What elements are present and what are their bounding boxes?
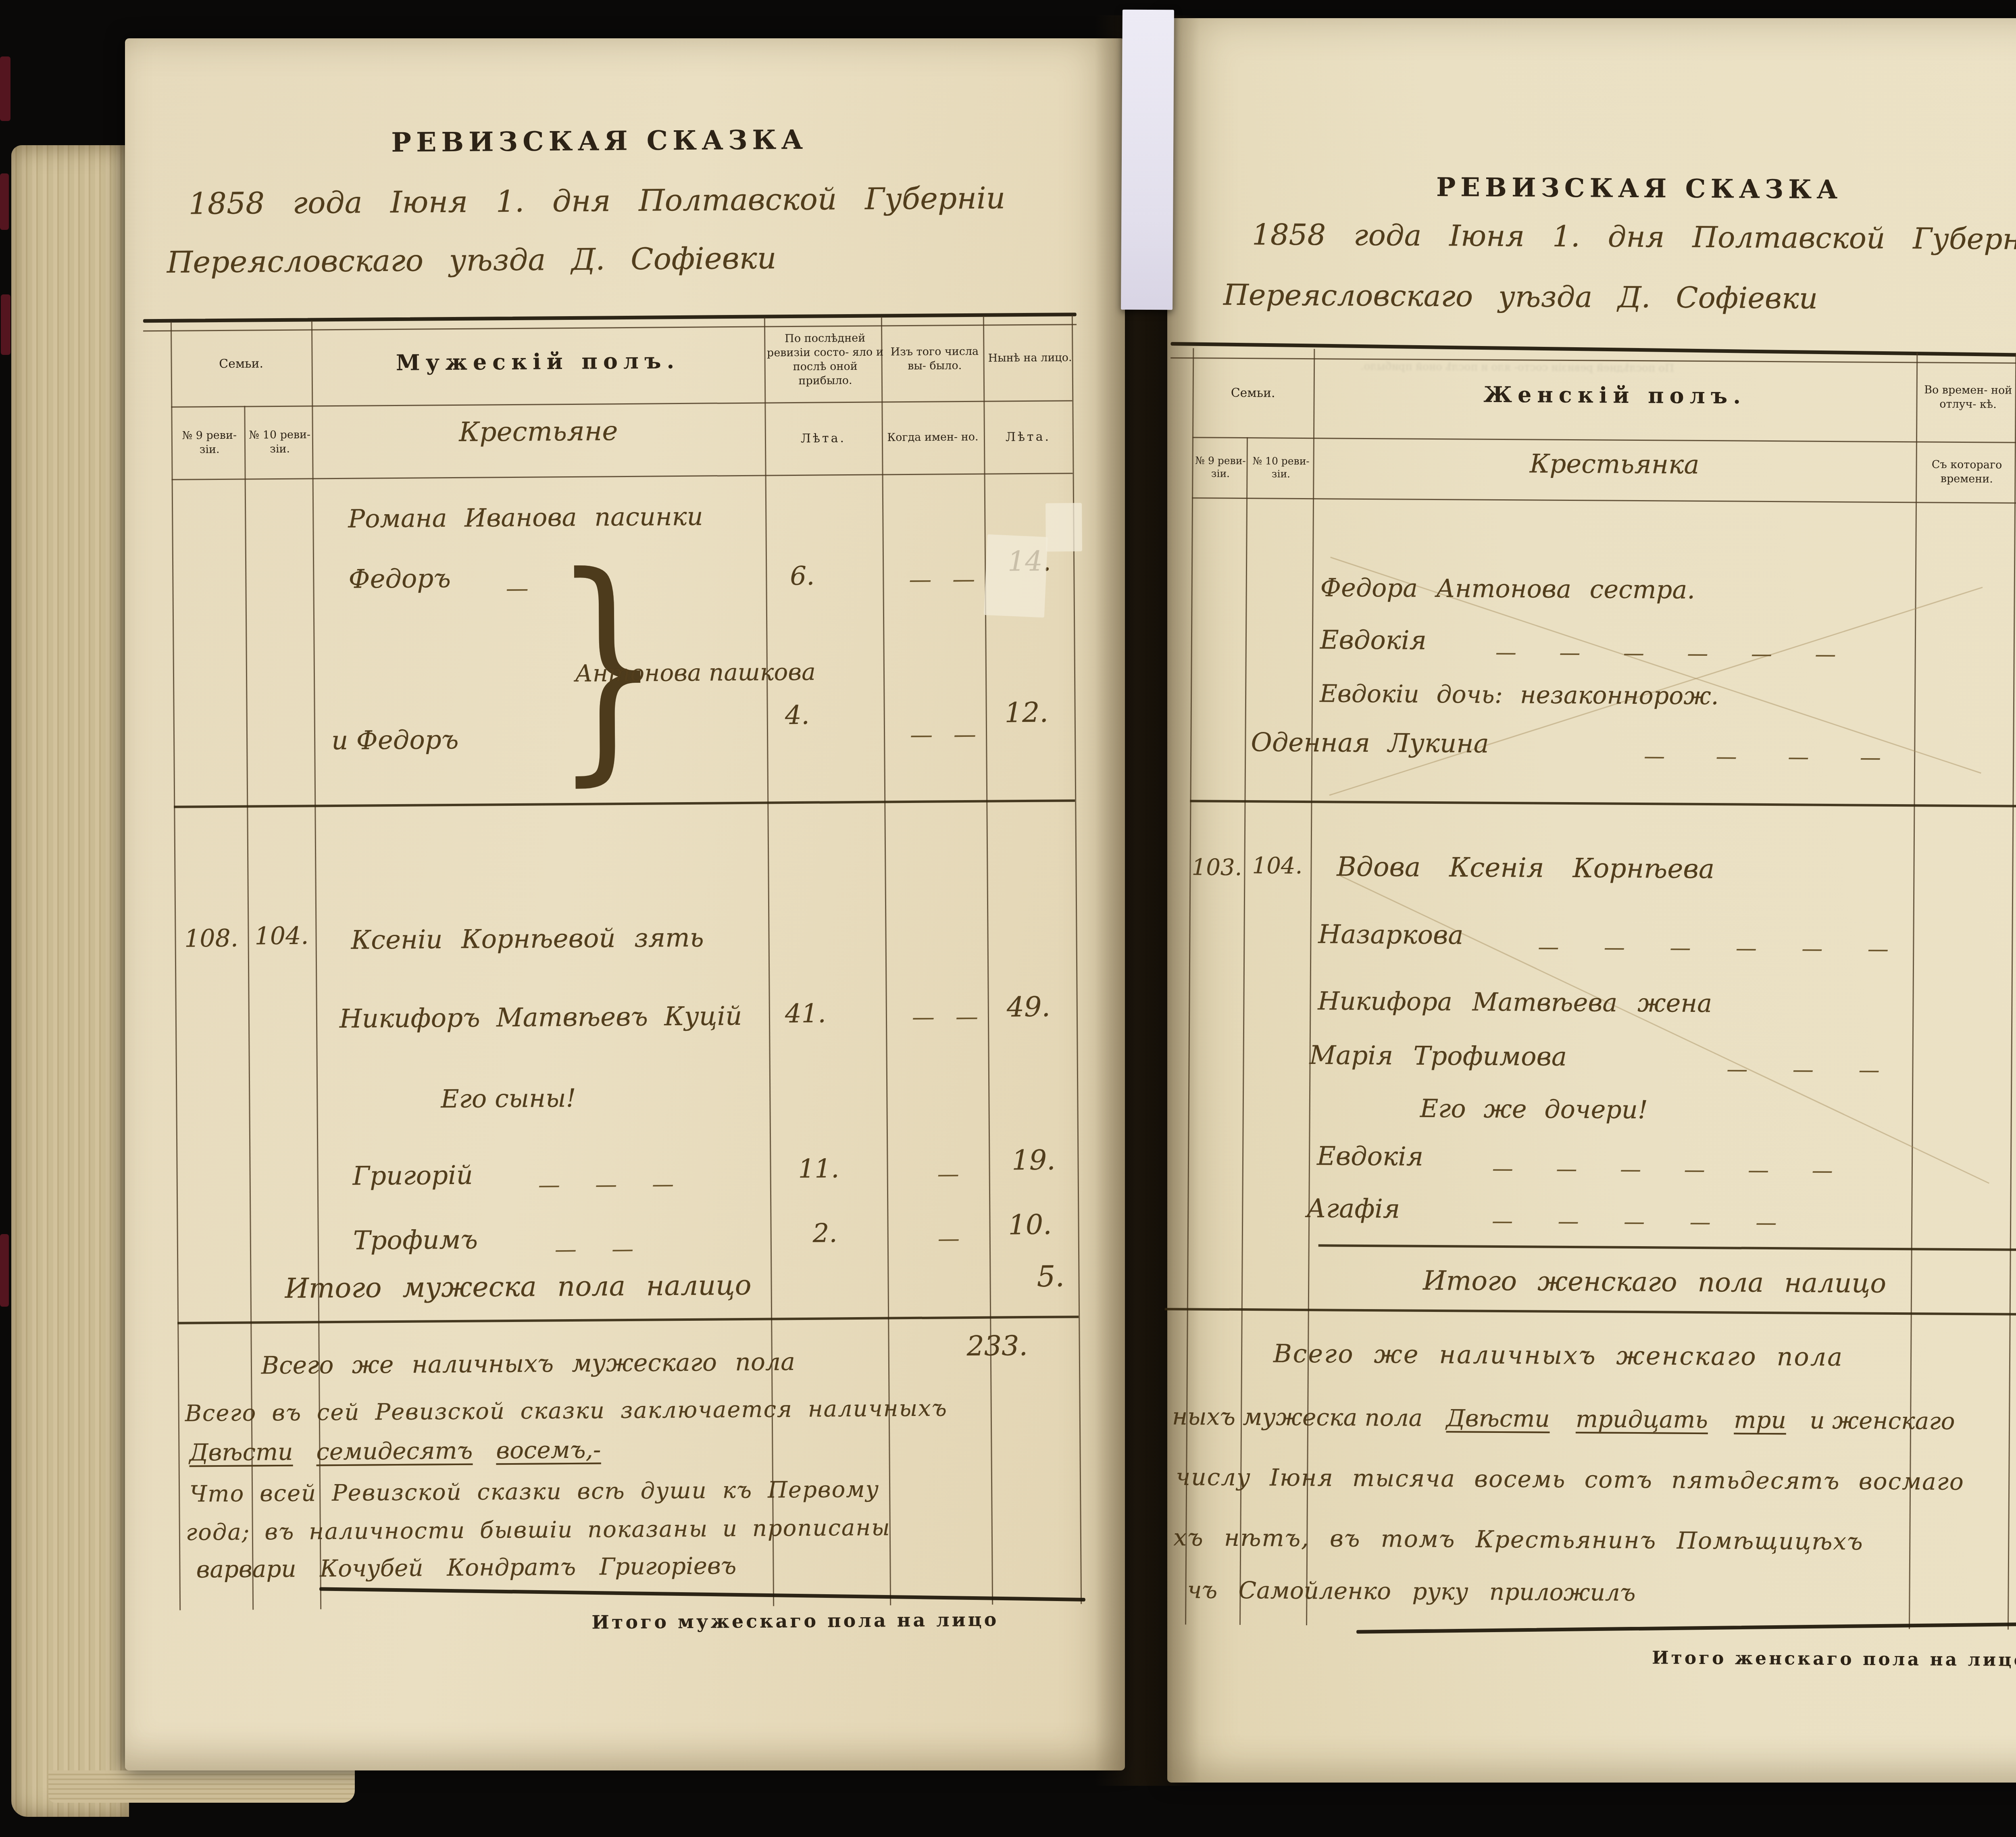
- person-name: Никифоръ Матвѣевъ Куцій: [339, 1001, 742, 1034]
- rule: [983, 316, 993, 1605]
- col-header-rev10: № 10 реви- зіи.: [1246, 437, 1316, 498]
- book-scan: РЕВИЗСКАЯ СКАЗКА 1858 года Іюня 1. дня П…: [0, 0, 2016, 1837]
- cover-edge-mark: [0, 56, 10, 121]
- age-prev: 11.: [798, 1154, 839, 1184]
- attestation-line: Всего въ сей Ревизской сказки заключаетс…: [185, 1395, 948, 1426]
- family-no-rev10: 104.: [248, 922, 315, 950]
- underlined-word: восемъ,-: [496, 1436, 601, 1464]
- person-name: Григорій: [352, 1161, 473, 1191]
- person-name: Оденная Лукина: [1251, 728, 1489, 759]
- dash: — — — — —: [1492, 1209, 1776, 1235]
- right-place-line: Переясловскаго уѣзда Д. Софіевки: [1223, 278, 1818, 315]
- rule: [1192, 497, 2016, 504]
- attestation-line: числу Іюня тысяча восемь сотъ пятьдесятъ…: [1176, 1463, 1964, 1495]
- right-page: РЕВИЗСКАЯ СКАЗКА 1858 года Іюня 1. дня П…: [1167, 18, 2016, 1783]
- rule: [171, 322, 181, 1610]
- left-page-footer: Итого мужескаго пола на лицо: [493, 1608, 1098, 1634]
- age-prev: 4.: [785, 701, 810, 730]
- attestation-fragment: ныхъ мужеска пола: [1172, 1403, 1423, 1432]
- col-subheader-years-now: Лѣта.: [983, 400, 1073, 473]
- left-page: РЕВИЗСКАЯ СКАЗКА 1858 года Іюня 1. дня П…: [125, 38, 1125, 1770]
- cover-edge-mark: [0, 173, 9, 230]
- attestation-signature: чъ Самойленко руку приложилъ: [1187, 1576, 1635, 1606]
- dash: — —: [910, 721, 976, 748]
- left-page-title: РЕВИЗСКАЯ СКАЗКА: [120, 122, 1079, 160]
- person-name: Федоръ: [348, 564, 451, 594]
- rule: [1239, 437, 1248, 1625]
- col-subheader-when: Когда имен- но.: [881, 401, 984, 474]
- person-name: Марія Трофимова: [1309, 1040, 1567, 1072]
- age-now: 19.: [1012, 1145, 1056, 1177]
- col-header-departed: Изъ того числа вы- было.: [881, 316, 988, 402]
- person-name: Агафія: [1306, 1194, 1400, 1224]
- sons-heading: Его сыны!: [441, 1083, 576, 1113]
- right-page-footer: Итого женскаго пола на лицо: [1586, 1647, 2016, 1671]
- col-subheader-years: Лѣта.: [764, 402, 882, 475]
- family-head-note: Ксеніи Корнѣевой зять: [351, 923, 704, 955]
- rule: [244, 406, 254, 1610]
- age-prev: 6.: [790, 561, 815, 591]
- rule-total-separator: [177, 1316, 1079, 1324]
- grand-total-label: Всего же наличныхъ мужескаго пола: [261, 1348, 795, 1380]
- family-head-note: Евдокіи дочь: незаконнорож.: [1320, 680, 1719, 710]
- page-edge-stack-left: [11, 145, 129, 1817]
- dash: —: [506, 575, 528, 602]
- age-now: 12.: [1004, 697, 1048, 729]
- right-page-content: РЕВИЗСКАЯ СКАЗКА 1858 года Іюня 1. дня П…: [1162, 15, 2016, 1785]
- attestation-line: года; въ наличности бывшіи показаны и пр…: [186, 1514, 891, 1545]
- age-prev: 41.: [785, 999, 826, 1029]
- grand-total-label: Всего же наличныхъ женскаго пола: [1273, 1339, 1844, 1372]
- underlined-word: Двѣсти: [1446, 1404, 1550, 1432]
- family-head-note: Никифора Матвѣева жена: [1318, 986, 1712, 1018]
- underlined-word: три: [1734, 1406, 1786, 1434]
- dash: — — —: [1727, 1057, 1879, 1082]
- col-header-rev9: № 9 реви- зіи.: [171, 406, 248, 479]
- family-no-rev9: 108.: [175, 924, 248, 953]
- dash: — —: [909, 566, 975, 593]
- right-page-title: РЕВИЗСКАЯ СКАЗКА: [1172, 171, 2016, 206]
- age-now: 10.: [1008, 1209, 1052, 1241]
- attestation-line: хъ нѣтъ, въ томъ Крестьянинъ Помѣщицѣхъ: [1173, 1524, 1864, 1555]
- subtotal-label: Итого женскаго пола налицо: [1423, 1265, 1886, 1299]
- right-date-line: 1858 года Іюня 1. дня Полтавской Губерні…: [1252, 217, 2016, 256]
- attestation-signature: варвари Кочубей Кондратъ Григоріевъ: [196, 1552, 736, 1583]
- left-place-line: Переясловскаго уѣзда Д. Софіевки: [167, 241, 777, 280]
- age-now: 49.: [1007, 991, 1051, 1024]
- person-name: Евдокія: [1320, 625, 1427, 656]
- person-name: Назаркова: [1318, 920, 1464, 950]
- family-head-note: Вдова Ксенія Корнѣева: [1337, 851, 1714, 884]
- daughters-heading: Его же дочери!: [1420, 1094, 1648, 1124]
- cover-edge-mark: [1, 294, 10, 355]
- age-prev: 2.: [812, 1218, 837, 1248]
- attestation-line-underlined: ныхъ мужеска пола Двѣсти тридцать три и …: [1172, 1403, 1955, 1435]
- estate-heading: Крестьяне: [312, 415, 765, 449]
- cover-edge-mark: [0, 1234, 9, 1307]
- subtotal-value: 5.: [1037, 1259, 1064, 1293]
- col-header-rev10: № 10 реви- зіи.: [244, 405, 315, 478]
- dash: — —: [912, 1004, 978, 1030]
- underlined-word: тридцать: [1576, 1405, 1708, 1433]
- tape-patch: [1045, 503, 1082, 552]
- left-page-content: РЕВИЗСКАЯ СКАЗКА 1858 года Іюня 1. дня П…: [119, 35, 1131, 1774]
- person-name: Евдокія: [1317, 1141, 1424, 1172]
- rule-family-separator: [1190, 800, 2016, 808]
- col-header-female-sex: Женскій полъ.: [1313, 349, 1916, 441]
- rule: [2008, 353, 2016, 1630]
- dash: — — —: [538, 1171, 674, 1197]
- page-edge-stack-bottom: [48, 1770, 355, 1803]
- col-header-male-sex: Мужескій полъ.: [311, 318, 764, 406]
- estate-heading: Крестьянка: [1313, 448, 1916, 481]
- family-head-note: Федора Антонова сестра.: [1320, 573, 1695, 605]
- brace-note: Антонова пашкова: [575, 658, 816, 687]
- col-header-temp-absence: Во времен- ной отлуч- кѣ.: [1916, 352, 2016, 442]
- col-subheader-since-when: Съ котораго времени.: [1916, 441, 2016, 503]
- person-name: и Федоръ: [331, 725, 459, 756]
- dash: —: [937, 1161, 959, 1186]
- attestation-line: Что всей Ревизской сказки всѣ души къ Пе…: [190, 1476, 879, 1508]
- rule: [1185, 348, 1194, 1624]
- col-header-rev9: № 9 реви- зіи.: [1192, 437, 1249, 498]
- dash: —: [938, 1226, 960, 1251]
- family-no-rev9: 103.: [1189, 854, 1244, 881]
- rule-footer: [319, 1587, 1085, 1601]
- family-no-rev10: 104.: [1244, 853, 1310, 879]
- dash: — — — — — —: [1538, 935, 1889, 961]
- attestation-fragment: и женскаго: [1810, 1407, 1955, 1435]
- col-header-now-present: Нынѣ на лицо.: [983, 315, 1077, 401]
- dash: — — — —: [1644, 744, 1881, 770]
- rule-footer: [1356, 1622, 2016, 1634]
- person-name: Трофимъ: [353, 1225, 478, 1256]
- subtotal-label: Итого мужеска пола налицо: [285, 1270, 751, 1305]
- rule: [1909, 352, 1918, 1629]
- col-header-prev-revision: По послѣдней ревизіи состо- яло и послѣ …: [764, 317, 886, 402]
- dash: — — — — — —: [1495, 640, 1836, 667]
- tape-patch: [984, 534, 1048, 618]
- dash: — —: [555, 1236, 634, 1262]
- col-header-family: Семьи.: [1192, 348, 1314, 438]
- dash: — — — — — —: [1492, 1157, 1833, 1183]
- left-date-line: 1858 года Іюня 1. дня Полтавской Губерні…: [189, 181, 1006, 221]
- grand-total-value: 233.: [966, 1330, 1028, 1362]
- underlined-word: Двѣсти: [189, 1438, 293, 1466]
- col-header-family: Семьи.: [171, 321, 312, 406]
- rule: [1306, 349, 1315, 1625]
- col-subheader-years: Лѣта.: [2014, 442, 2016, 503]
- rule-total-separator: [1165, 1308, 2016, 1316]
- attestation-line-underlined: Двѣстисемидесятъвосемъ,-: [189, 1436, 625, 1466]
- bookmark-strip: [1121, 10, 1174, 310]
- underlined-word: семидесятъ: [316, 1437, 473, 1466]
